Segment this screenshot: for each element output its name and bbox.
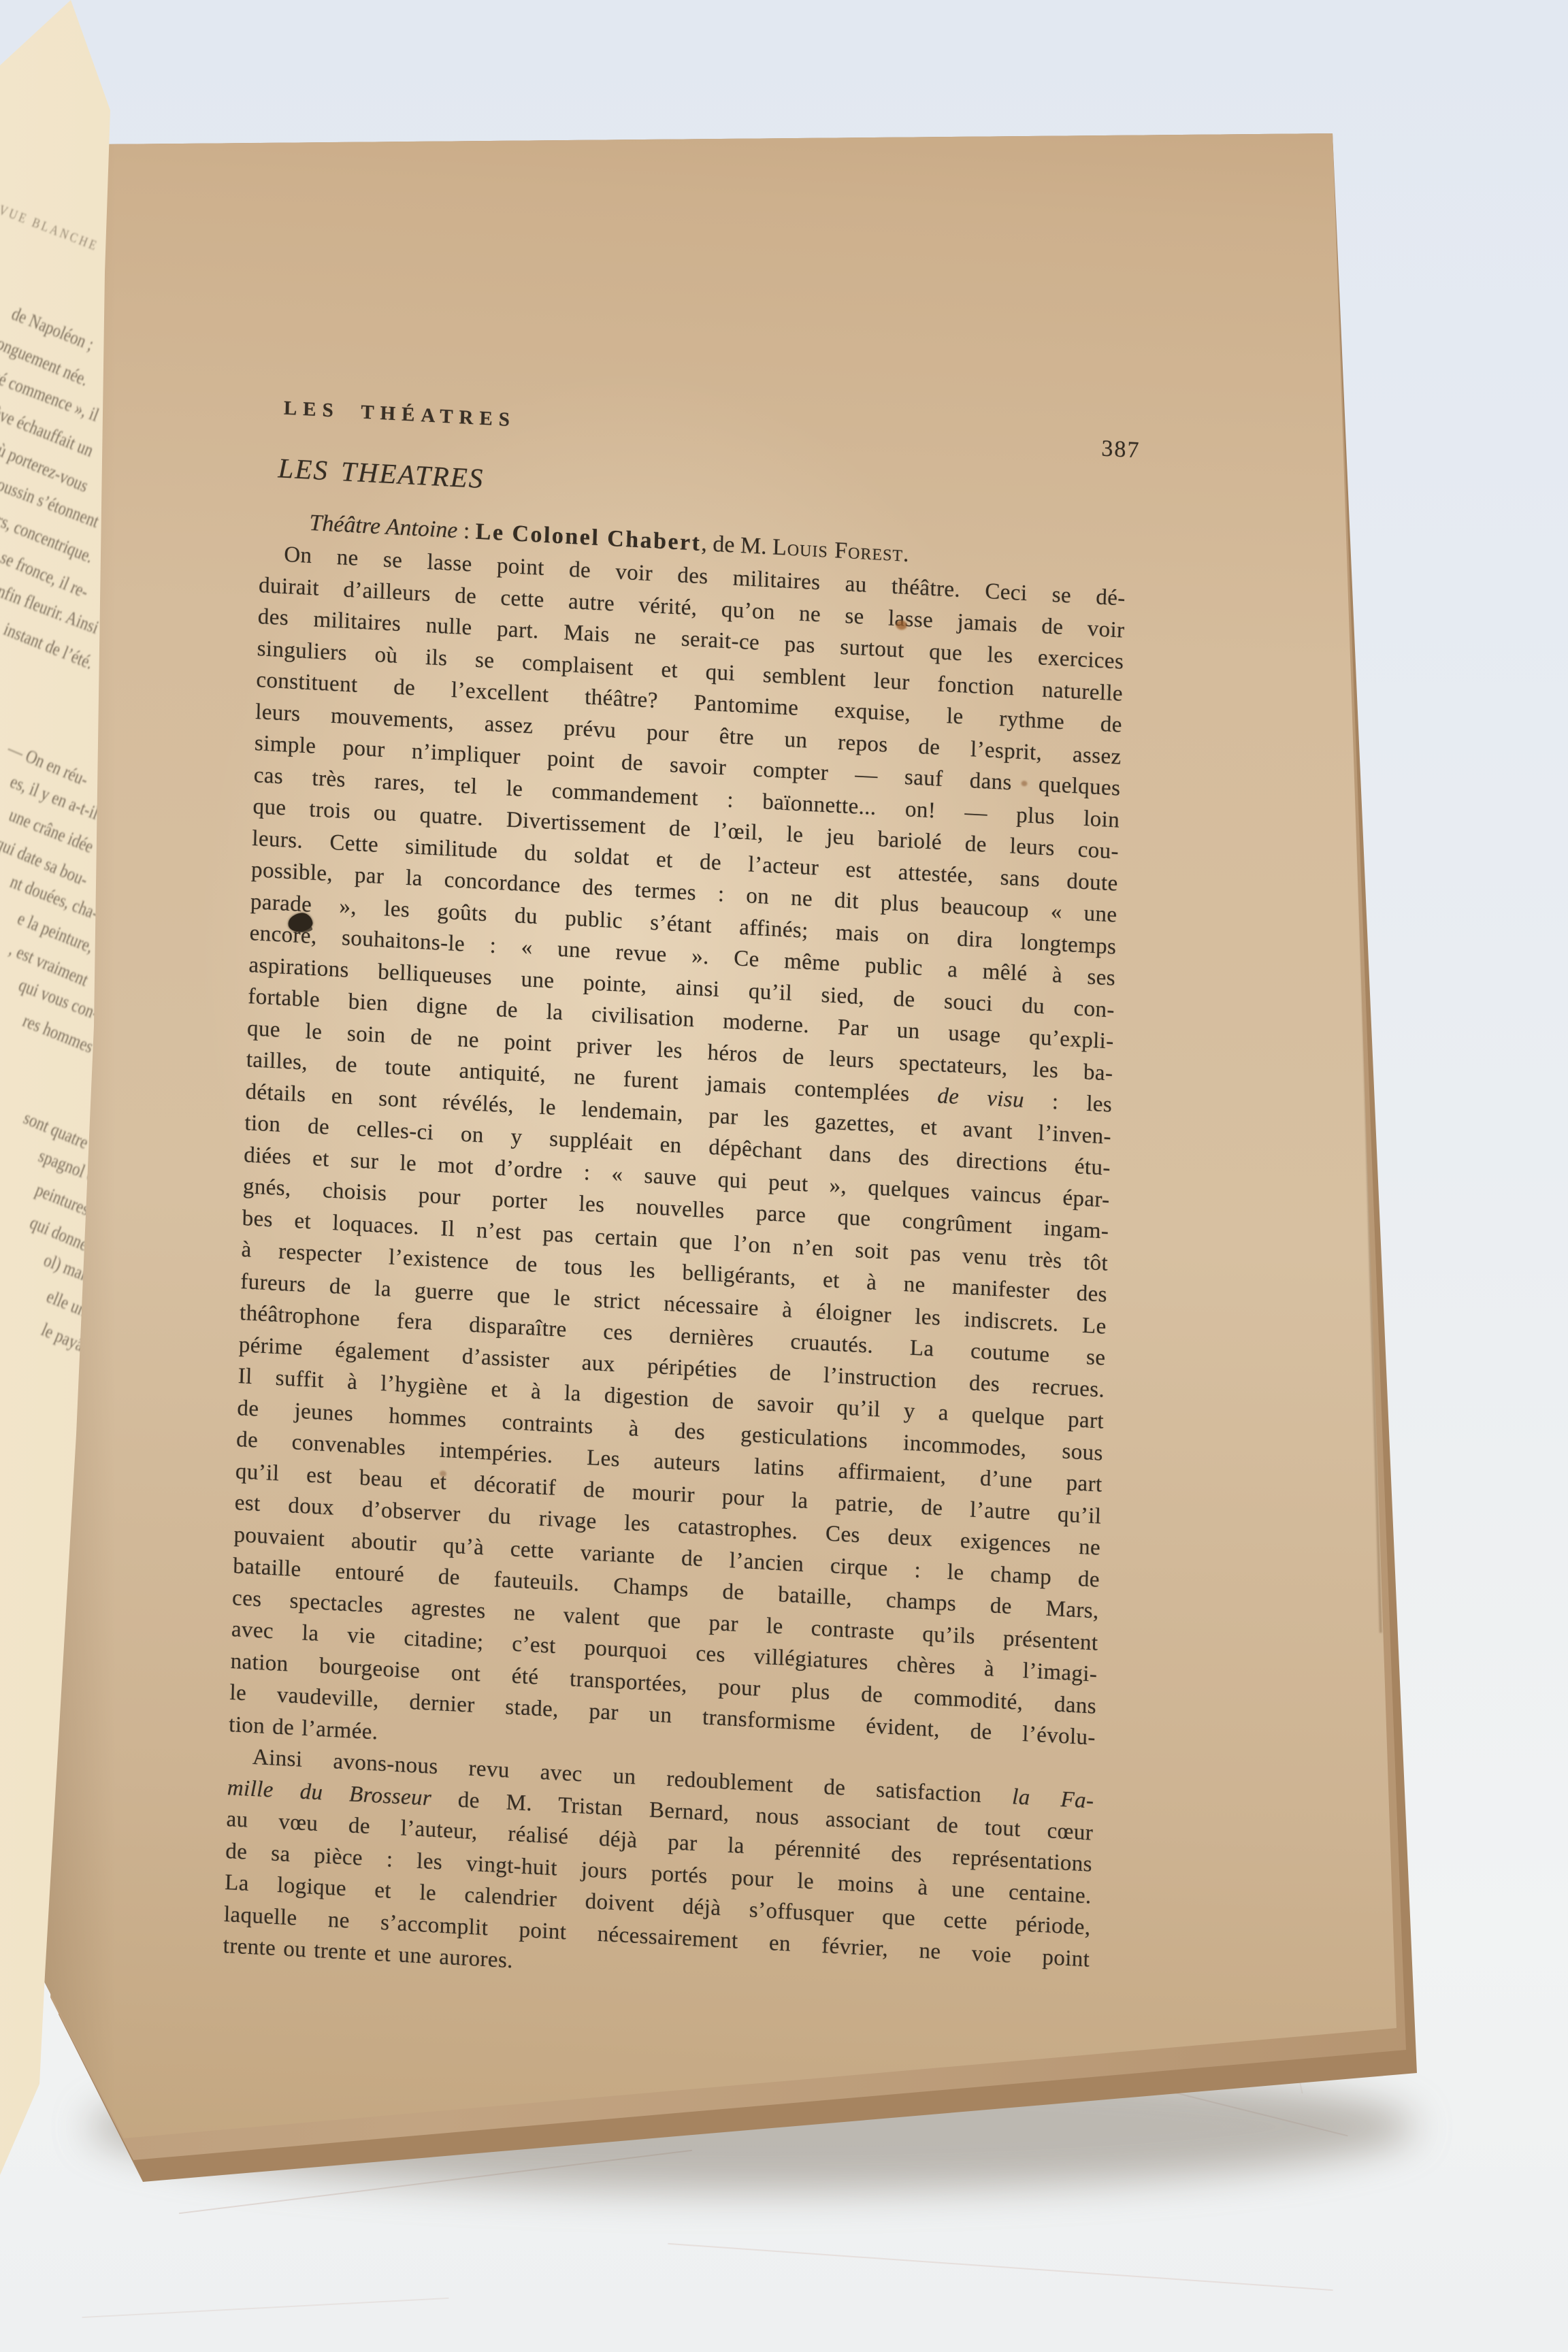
paper-speck	[440, 1471, 446, 1477]
text-segment: .	[903, 541, 909, 566]
book-photo: { "photo": { "description": "Photograph …	[0, 0, 1568, 2352]
left-page-text-fragment: sont quatre	[20, 1107, 91, 1154]
backdrop-scratch	[668, 2243, 1333, 2291]
text-segment: Théâtre Antoine	[309, 510, 458, 543]
text-segment: :	[457, 518, 476, 544]
text-segment: de visu	[937, 1083, 1024, 1113]
photo-backdrop: LES THÉATRES 387 LES THEATRES Théâtre An…	[0, 0, 1568, 2352]
backdrop-scratch	[82, 2298, 448, 2318]
paper-speck	[1021, 781, 1027, 786]
text-segment: : les	[1024, 1088, 1112, 1117]
section-heading: LES THEATRES	[278, 451, 485, 495]
text-segment: , de M.	[701, 531, 773, 559]
text-segment: la Fa-	[1012, 1784, 1094, 1813]
running-head: LES THÉATRES	[284, 397, 517, 432]
page-text-block: LES THÉATRES 387 LES THEATRES Théâtre An…	[221, 381, 1142, 2061]
left-page-text-fragment: LA REVUE BLANCHE	[0, 186, 101, 255]
body-text: On ne se lasse point de voir des militai…	[223, 538, 1126, 2007]
text-segment: Louis Forest	[772, 534, 904, 566]
page-number: 387	[1101, 436, 1141, 464]
